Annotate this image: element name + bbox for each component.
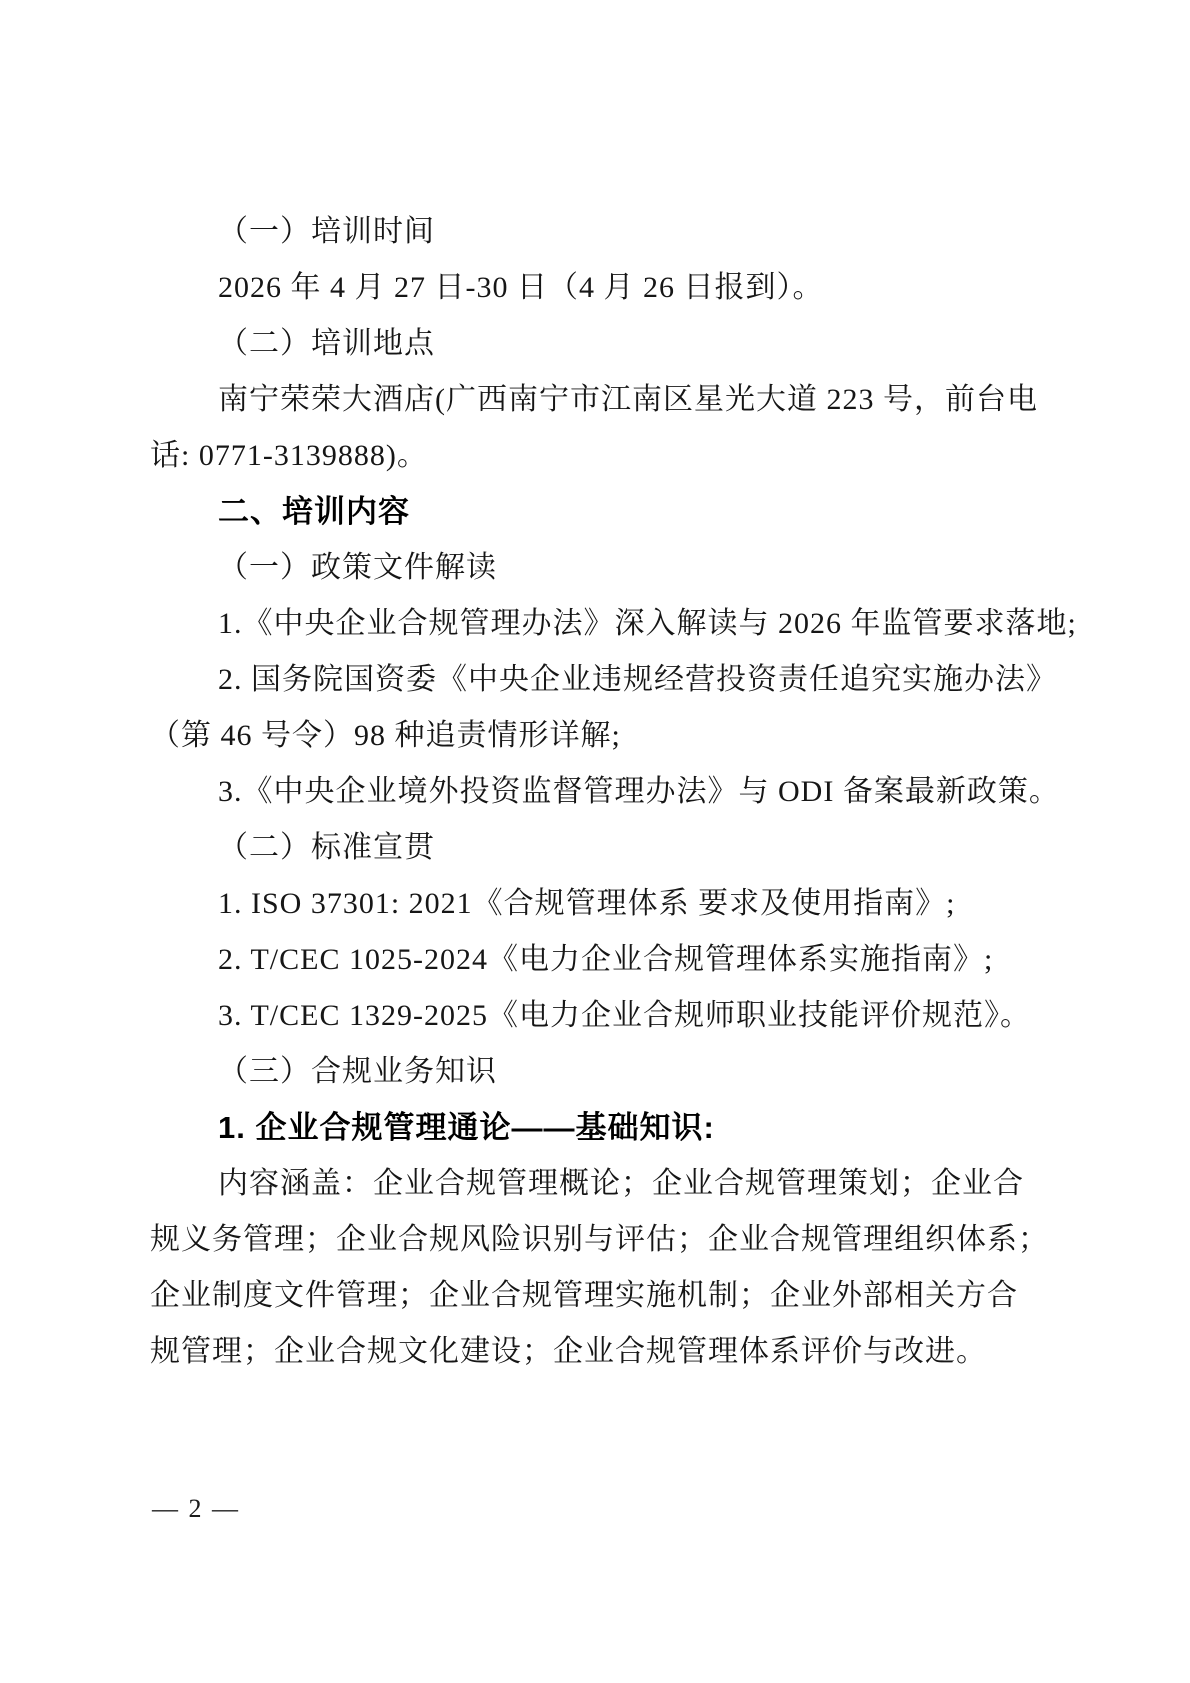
heading-standards: （二）标准宣贯 [150,820,1060,876]
text-hotel-address-line1: 南宁荣荣大酒店(广西南宁市江南区星光大道 223 号，前台电 [150,372,1060,428]
item-standard-3: 3. T/CEC 1329-2025《电力企业合规师职业技能评价规范》。 [150,988,1060,1044]
item-policy-3: 3.《中央企业境外投资监督管理办法》与 ODI 备案最新政策。 [150,764,1060,820]
document-page: （一）培训时间 2026 年 4 月 27 日-30 日（4 月 26 日报到）… [0,0,1190,1683]
heading-compliance-general: 1. 企业合规管理通论——基础知识: [150,1100,1060,1156]
item-policy-2-line1: 2. 国务院国资委《中央企业违规经营投资责任追究实施办法》 [150,652,1060,708]
text-content-coverage-line2: 规义务管理；企业合规风险识别与评估；企业合规管理组织体系； [150,1212,1060,1268]
document-content: （一）培训时间 2026 年 4 月 27 日-30 日（4 月 26 日报到）… [150,204,1060,1380]
item-policy-1: 1.《中央企业合规管理办法》深入解读与 2026 年监管要求落地; [150,596,1060,652]
item-standard-2: 2. T/CEC 1025-2024《电力企业合规管理体系实施指南》; [150,932,1060,988]
text-training-date: 2026 年 4 月 27 日-30 日（4 月 26 日报到）。 [150,260,1060,316]
heading-training-time: （一）培训时间 [150,204,1060,260]
text-content-coverage-line1: 内容涵盖：企业合规管理概论；企业合规管理策划；企业合 [150,1156,1060,1212]
page-number: — 2 — [152,1494,240,1524]
text-content-coverage-line4: 规管理；企业合规文化建设；企业合规管理体系评价与改进。 [150,1324,1060,1380]
text-content-coverage-line3: 企业制度文件管理；企业合规管理实施机制；企业外部相关方合 [150,1268,1060,1324]
heading-training-content: 二、培训内容 [150,484,1060,540]
heading-training-location: （二）培训地点 [150,316,1060,372]
item-policy-2-line2: （第 46 号令）98 种追责情形详解; [150,708,1060,764]
heading-compliance-knowledge: （三）合规业务知识 [150,1044,1060,1100]
item-standard-1: 1. ISO 37301: 2021《合规管理体系 要求及使用指南》; [150,876,1060,932]
heading-policy-interpretation: （一）政策文件解读 [150,540,1060,596]
text-hotel-address-line2: 话: 0771-3139888)。 [150,428,1060,484]
